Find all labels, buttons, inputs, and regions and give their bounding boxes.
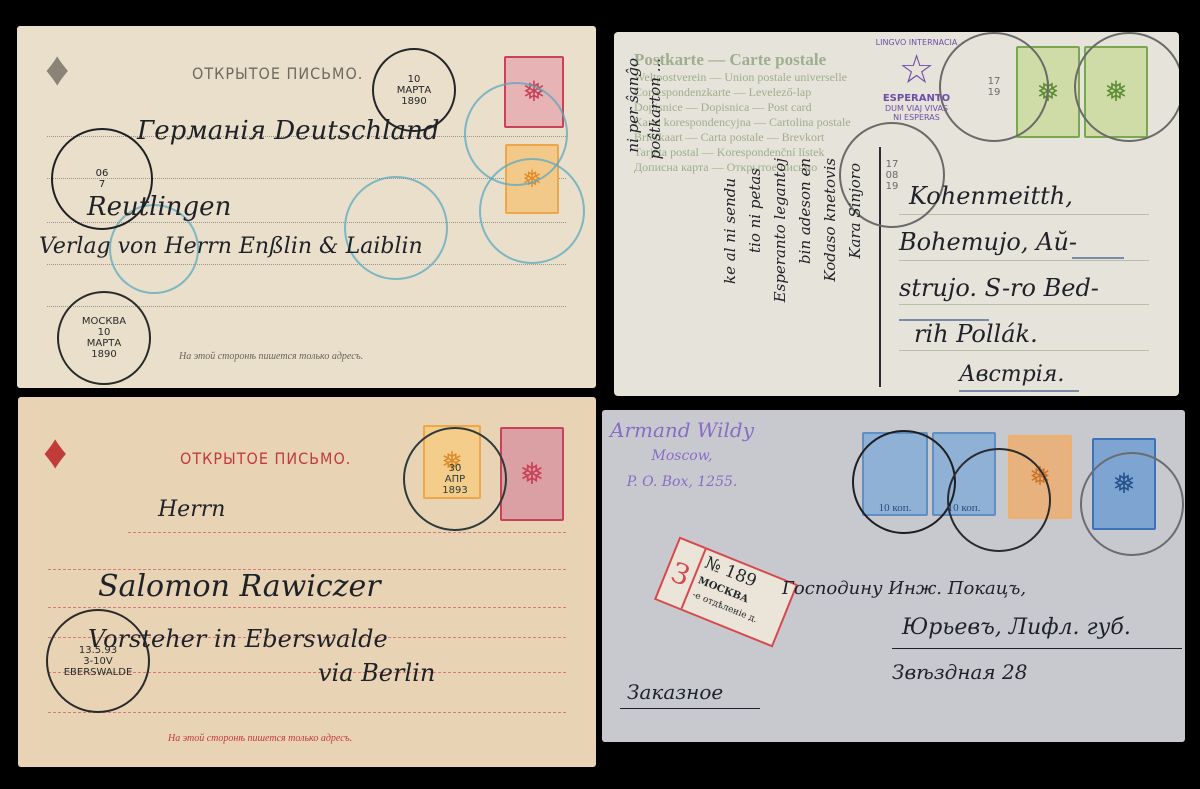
underline [1072,257,1124,259]
address-line [899,214,1149,215]
postmark-tel-kont [1074,32,1179,142]
postcard-3: ♦ ОТКРЫТОЕ ПИСЬМО. ❅ ❅ 30 АПР 1893 13.5.… [18,397,596,767]
postmark-svinitsa: 17 19 [939,32,1049,142]
address-line [899,350,1149,351]
address-city: Юрьевъ, Лифл. губ. [902,615,1131,640]
message-block: Kara Sinjoro Kodaso knetovis bin adeson … [616,38,878,393]
postmark-moscow-bottom: МОСКВА 10 МАРТА 1890 [57,291,151,385]
postmark-blue-cancel [479,158,585,264]
underline [620,708,760,709]
registered-note: Заказное [627,680,723,704]
registration-label: З № 189 МОСКВА -е отдѣленіе д. [654,537,798,648]
underline [959,390,1079,392]
address-line-2: Bohemujo, Aŭ- [899,228,1077,256]
postmark-moscow-3 [1080,452,1184,556]
address-recipient: Господину Инж. Покацъ, [782,578,1026,599]
address-recipient: Verlag von Herrn Enßlin & Laiblin [39,234,423,259]
postcard-2: Postkarte — Carte postale Weltpostverein… [614,32,1179,396]
eagle-emblem-icon: ♦ [45,46,70,94]
card-footer: На этой сторонѣ пишется только адресъ. [168,733,352,744]
address-line-3: strujo. S-ro Bed- [899,274,1099,302]
address-line [128,532,566,533]
address-line [899,304,1149,305]
card-header: ОТКРЫТОЕ ПИСЬМО. [180,449,351,468]
address-city: Vorsteher in Eberswalde [88,625,388,653]
address-via: via Berlin [318,659,435,687]
address-line-4: rih Pollák. [914,320,1038,348]
address-line [48,607,566,608]
address-street: Звѣздная 28 [892,660,1027,684]
address-city: Reutlingen [87,192,231,222]
postmark-moscow-2 [947,448,1051,552]
postmark-railway: 30 АПР 1893 [403,427,507,531]
imprinted-stamp-red: ❅ [500,427,564,521]
envelope-4: Armand Wildy Moscow, P. O. Box, 1255. 10… [602,410,1185,742]
underline [899,319,989,321]
card-footer: На этой сторонѣ пишется только адресъ. [179,351,363,362]
address-country: Германія Deutschland [137,116,440,146]
address-line [899,260,1149,261]
sender-block: Armand Wildy Moscow, P. O. Box, 1255. [610,418,754,490]
eagle-emblem-icon: ♦ [43,429,68,477]
postcard-1: ♦ ОТКРЫТОЕ ПИСЬМО. ❅ ❅ 10 МАРТА 1890 06 … [17,26,596,388]
underline [892,648,1182,649]
address-line [48,712,566,713]
address-name: Salomon Rawiczer [98,569,381,604]
address-line-1: Kohenmeitth, [909,182,1073,210]
postmark-moscow-1 [852,430,956,534]
address-line-5: Австрія. [959,362,1064,387]
postmark-blue-cancel [344,176,448,280]
card-header: ОТКРЫТОЕ ПИСЬМО. [192,64,363,83]
address-salutation: Herrn [158,497,225,522]
